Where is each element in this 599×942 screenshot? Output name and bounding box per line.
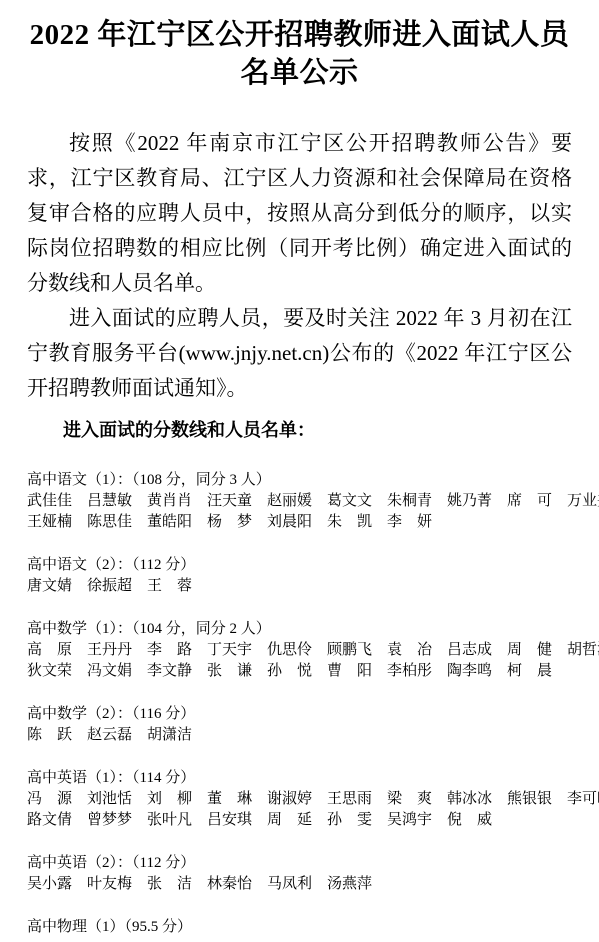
name-row: 路文倩 曾梦梦 张叶凡 吕安琪 周 延 孙 雯 吴鸿宇 倪 威 [27,810,572,831]
score-section: 高中语文（2）：（112 分）唐文婧 徐振超 王 蓉 [27,555,572,597]
list-heading: 进入面试的分数线和人员名单： [27,418,572,442]
paragraph-intro: 按照《2022 年南京市江宁区公开招聘教师公告》要求，江宁区教育局、江宁区人力资… [27,126,572,301]
name-row: 武佳佳 吕慧敏 黄肖肖 汪天童 赵丽媛 葛文文 朱桐青 姚乃菁 席 可 万业卉 [27,491,572,512]
section-header: 高中英语（2）：（112 分） [27,853,572,874]
announcement-page: 2022 年江宁区公开招聘教师进入面试人员名单公示 按照《2022 年南京市江宁… [0,0,599,942]
name-row: 冯 源 刘池恬 刘 柳 董 琳 谢淑婷 王思雨 梁 爽 韩冰冰 熊银银 李可昕 [27,789,572,810]
sections-list: 高中语文（1）：（108 分，同分 3 人）武佳佳 吕慧敏 黄肖肖 汪天童 赵丽… [27,470,572,938]
name-row: 陈 跃 赵云磊 胡潇洁 [27,725,572,746]
score-section: 高中英语（2）：（112 分）吴小露 叶友梅 张 洁 林秦怡 马凤利 汤燕萍 [27,853,572,895]
score-section: 高中物理（1）（95.5 分） [27,917,572,938]
name-row: 吴小露 叶友梅 张 洁 林秦怡 马凤利 汤燕萍 [27,874,572,895]
score-section: 高中数学（1）：（104 分，同分 2 人）高 原 王丹丹 李 路 丁天宇 仇思… [27,619,572,682]
section-header: 高中物理（1）（95.5 分） [27,917,572,938]
section-header: 高中语文（2）：（112 分） [27,555,572,576]
section-header: 高中英语（1）：（114 分） [27,768,572,789]
score-section: 高中英语（1）：（114 分）冯 源 刘池恬 刘 柳 董 琳 谢淑婷 王思雨 梁… [27,768,572,831]
score-section: 高中数学（2）：（116 分）陈 跃 赵云磊 胡潇洁 [27,704,572,746]
name-row: 狄文荣 冯文娟 李文静 张 谦 孙 悦 曹 阳 李柏彤 陶李鸣 柯 晨 [27,661,572,682]
section-header: 高中数学（2）：（116 分） [27,704,572,725]
page-title: 2022 年江宁区公开招聘教师进入面试人员名单公示 [27,16,572,92]
name-row: 高 原 王丹丹 李 路 丁天宇 仇思伶 顾鹏飞 袁 冶 吕志成 周 健 胡哲涵 [27,640,572,661]
section-header: 高中数学（1）：（104 分，同分 2 人） [27,619,572,640]
paragraph-notice: 进入面试的应聘人员，要及时关注 2022 年 3 月初在江宁教育服务平台(www… [27,301,572,406]
section-header: 高中语文（1）：（108 分，同分 3 人） [27,470,572,491]
name-row: 王娅楠 陈思佳 董皓阳 杨 梦 刘晨阳 朱 凯 李 妍 [27,512,572,533]
name-row: 唐文婧 徐振超 王 蓉 [27,576,572,597]
score-section: 高中语文（1）：（108 分，同分 3 人）武佳佳 吕慧敏 黄肖肖 汪天童 赵丽… [27,470,572,533]
